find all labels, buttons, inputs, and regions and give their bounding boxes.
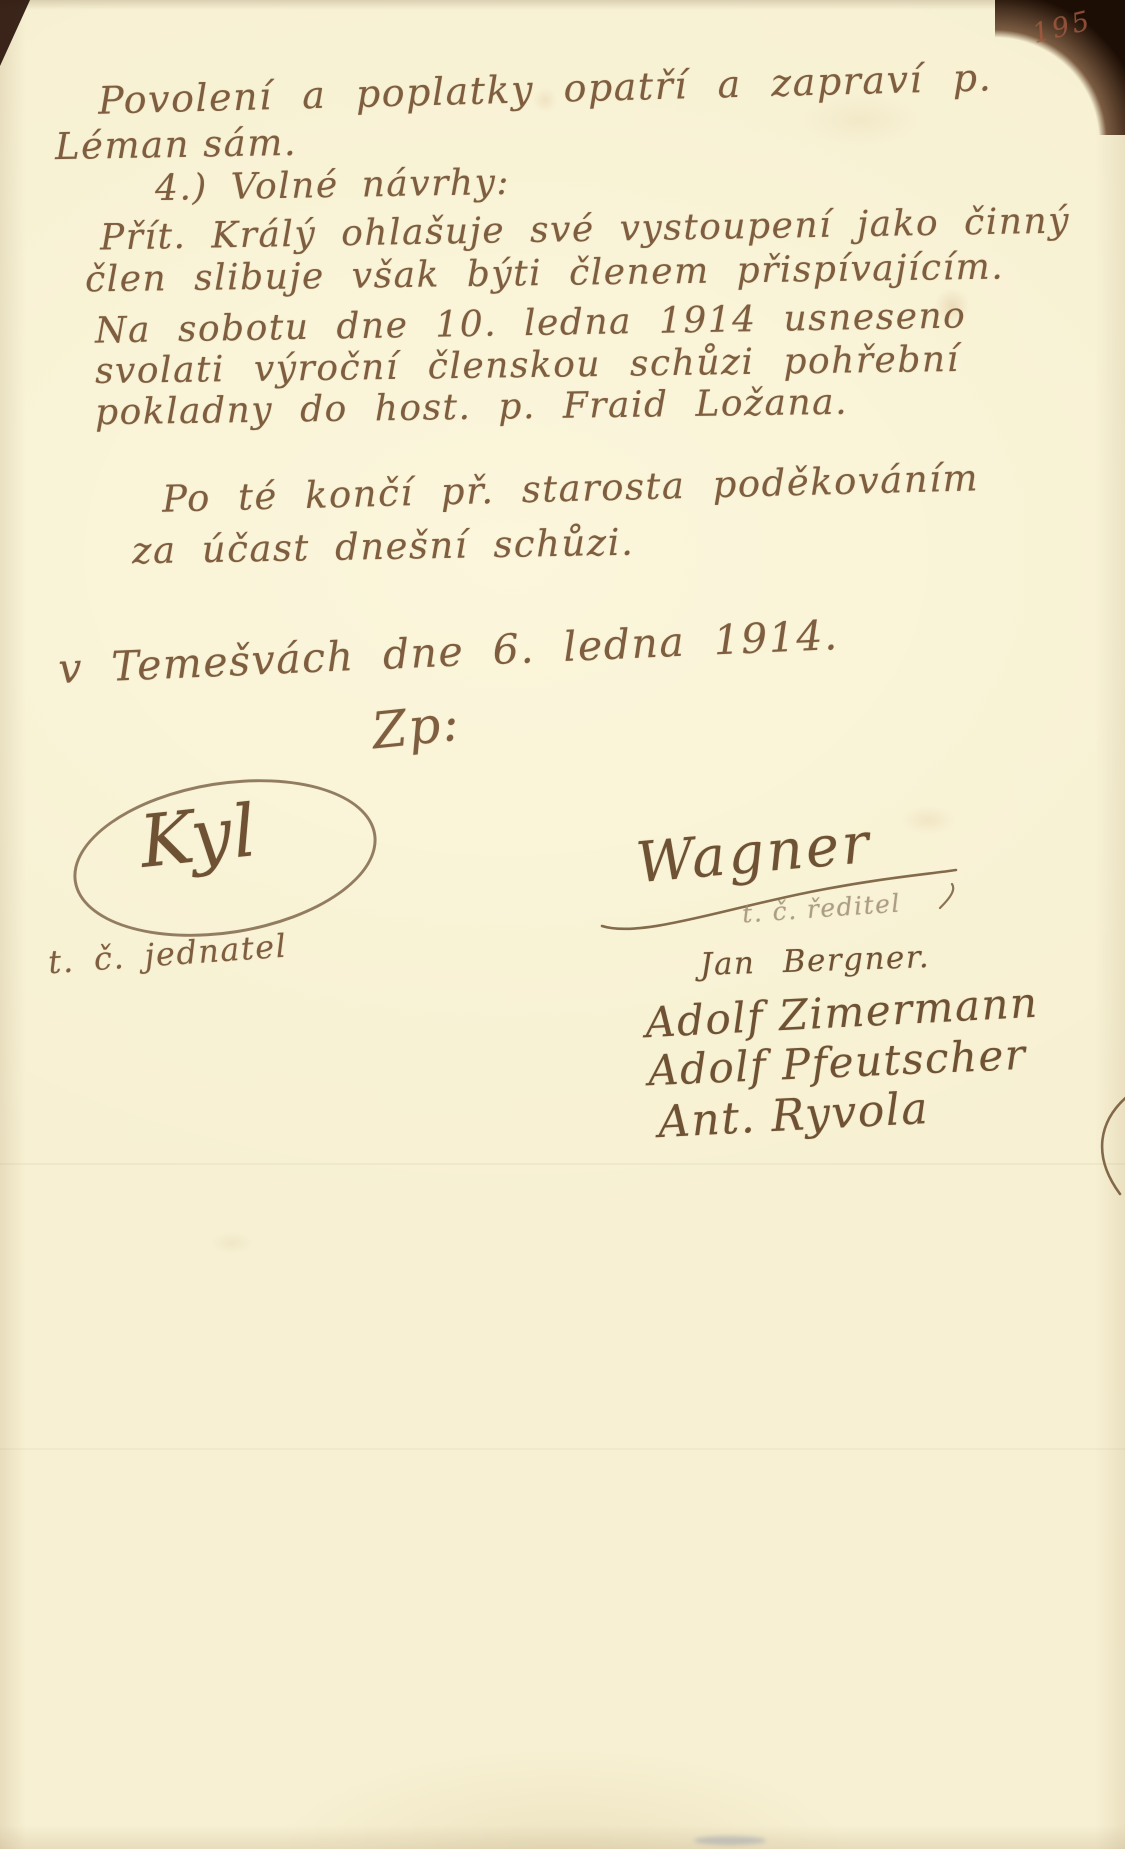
handwritten-line: Po té končí př. starosta poděkováním xyxy=(162,459,980,517)
handwritten-line: za účast dnešní schůzi. xyxy=(132,524,635,570)
handwritten-line: Povolení a poplatky opatří a zapraví p. xyxy=(98,58,993,119)
signature-title-left: t. č. jednatel xyxy=(47,930,288,979)
manuscript-page: 195 Povolení a poplatky opatří a zapraví… xyxy=(0,0,1125,1849)
signature-monogram: Kyl xyxy=(137,794,261,878)
bottom-edge-smudge xyxy=(694,1836,766,1845)
scan-corner-shadow-left xyxy=(0,0,30,66)
handwritten-line: Léman sám. xyxy=(55,124,298,165)
closing-paren-flourish xyxy=(1080,1090,1125,1200)
signature-flourish xyxy=(600,850,960,940)
dateline: v Temešvách dne 6. ledna 1914. xyxy=(57,615,839,690)
handwritten-line: člen slibuje však býti členem přispívají… xyxy=(85,250,1005,299)
handwritten-line: pokladny do host. p. Fraid Ložana. xyxy=(95,385,848,432)
signature-name: Ant. Ryvola xyxy=(657,1087,930,1145)
paper-crease xyxy=(0,1448,1125,1450)
recorder-mark: Zp: xyxy=(370,698,463,757)
paper-crease xyxy=(0,1163,1125,1165)
signature-name: Jan Bergner. xyxy=(700,942,931,981)
handwritten-line: 4.) Volné návrhy: xyxy=(155,165,511,207)
